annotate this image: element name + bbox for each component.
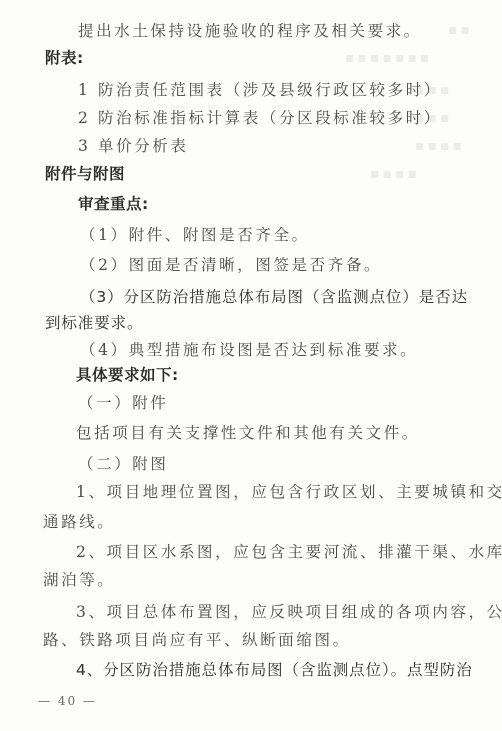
list-item: （4）典型措施布设图是否达到标准要求。	[80, 340, 418, 360]
list-item-emphasis-cont: 到标准要求。	[45, 313, 143, 333]
page-number: — 40 —	[38, 694, 97, 708]
body-line: 通路线。	[43, 512, 115, 532]
list-item: 1 防治责任范围表（涉及县级行政区较多时）	[78, 80, 442, 100]
body-line: 1、项目地理位置图，应包含行政区划、主要城镇和交	[76, 482, 502, 502]
list-item: （1）附件、附图是否齐全。	[80, 225, 310, 245]
list-item: 2 防治标准指标计算表（分区段标准较多时）	[78, 108, 442, 128]
show-through-text: ▪▪▪▪	[370, 166, 420, 182]
section-heading-attachments: 附件与附图	[45, 164, 125, 184]
list-item-emphasis: （3）分区防治措施总体布局图（含监测点位）是否达	[80, 287, 468, 307]
body-line-emphasis: 4、分区防治措施总体布局图（含监测点位）。点型防治	[76, 660, 473, 680]
section-heading-appendix-tables: 附表:	[45, 48, 84, 68]
document-page: ▪▪ ▪▪▪▪▪▪▪ ▪▪▪ ▪▪▪ ▪▪▪▪ ▪▪▪▪ 提出水土保持设施验收的…	[0, 0, 502, 731]
body-line: 湖泊等。	[43, 570, 115, 590]
body-line: 2、项目区水系图，应包含主要河流、排灌干渠、水库、	[76, 542, 502, 562]
list-item: 3 单价分析表	[78, 136, 189, 156]
show-through-text: ▪▪	[448, 22, 473, 38]
body-line: 3、项目总体布置图，应反映项目组成的各项内容，公	[76, 602, 502, 622]
subheading-review-focus: 审查重点:	[78, 194, 149, 214]
body-line: 路、铁路项目尚应有平、纵断面缩图。	[43, 630, 351, 650]
subsection-label: （一）附件	[78, 393, 169, 413]
body-line: 包括项目有关支撑性文件和其他有关文件。	[76, 423, 420, 443]
show-through-text: ▪▪▪▪	[415, 138, 465, 154]
subsection-label: （二）附图	[78, 454, 169, 474]
show-through-text: ▪▪▪▪▪▪▪	[345, 50, 432, 66]
list-item: （2）图面是否清晰，图签是否齐备。	[80, 255, 382, 275]
body-line: 提出水土保持设施验收的程序及相关要求。	[78, 21, 422, 41]
subheading-specific-requirements: 具体要求如下:	[76, 365, 179, 385]
